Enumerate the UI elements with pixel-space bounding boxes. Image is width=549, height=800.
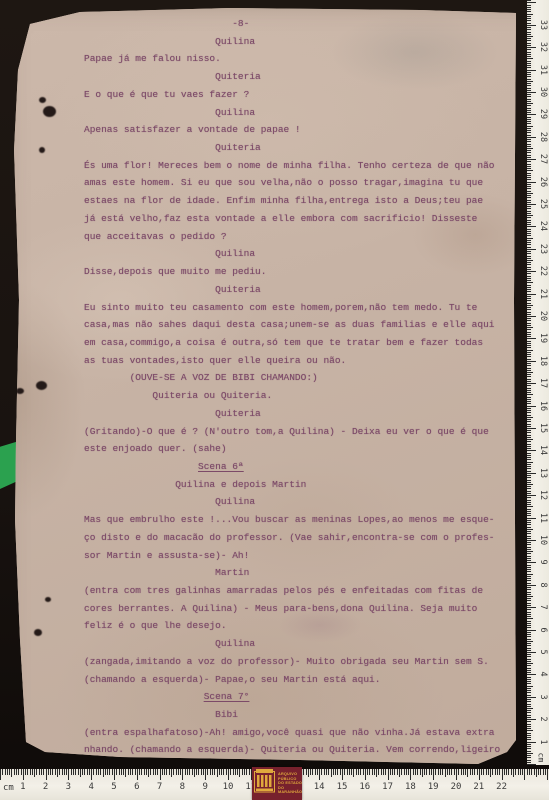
vertical-ruler-unit-label: cm — [536, 753, 545, 763]
script-line: já está velho,faz esta vontade a elle em… — [84, 210, 524, 228]
script-line: E o que é que tu vaes fazer ? — [84, 86, 524, 104]
script-line: (zangada,imitando a voz do professor)- M… — [84, 653, 524, 671]
script-line: nhando. (chamando a esquerda)- Quiteria … — [84, 741, 524, 759]
script-line: amas este homem. Si eu que sou velha,não… — [84, 174, 524, 192]
script-line: Eu sinto muito teu casamento com este ho… — [84, 299, 524, 317]
script-line: as tuas vontades,isto quer elle queira o… — [84, 352, 524, 370]
script-line: Disse,depois que muito me pediu. — [84, 263, 524, 281]
script-line: feliz é o que lhe desejo. — [84, 617, 524, 635]
script-line: (entra espalhafatoso)-Ah! amigo,você qua… — [84, 724, 524, 742]
script-line: Apenas satisfazer a vontade de papae ! — [84, 121, 524, 139]
ink-spot — [39, 97, 46, 103]
script-line: Quilina — [84, 104, 524, 122]
ink-spot — [16, 388, 24, 394]
horizontal-ruler-unit-label: cm — [3, 783, 14, 793]
script-line: Scena 6ª — [84, 458, 524, 476]
script-line: sor Martin e assusta-se)- Ah! — [84, 547, 524, 565]
paper-sheet: -8- QuilinaPapae já me falou nisso. Quit… — [0, 0, 549, 800]
script-line: Quilina — [84, 635, 524, 653]
script-line: Quiteria — [84, 281, 524, 299]
script-line: Quilina — [84, 245, 524, 263]
script-line: És uma flor! Mereces bem o nome de minha… — [84, 157, 524, 175]
script-line: Martin — [84, 564, 524, 582]
archive-stamp: ARQUIVOPÚBLICODO ESTADODO MARANHÃO — [252, 767, 302, 800]
scanned-document-page: -8- QuilinaPapae já me falou nisso. Quit… — [0, 0, 549, 800]
script-line: cores berrantes. A Quilina) - Meus para-… — [84, 600, 524, 618]
script-line: (entra com tres galinhas amarradas pelos… — [84, 582, 524, 600]
script-line: -8- — [84, 15, 524, 33]
ink-spot — [22, 10, 31, 16]
ink-spot — [43, 106, 56, 117]
ink-spot — [45, 597, 51, 602]
script-line: este enjoado quer. (sahe) — [84, 440, 524, 458]
script-line: casa,mas não sahes daqui desta casa;unem… — [84, 316, 524, 334]
script-line: Quiteria — [84, 405, 524, 423]
script-line: Papae já me falou nisso. — [84, 50, 524, 68]
script-line: Quilina — [84, 493, 524, 511]
script-line: Quiteria — [84, 139, 524, 157]
script-line: Quilina — [84, 33, 524, 51]
script-line: (Gritando)-O que é ? (N'outro tom,a Quil… — [84, 423, 524, 441]
script-line: Scena 7° — [84, 688, 524, 706]
script-line: Quiteria — [84, 68, 524, 86]
script-line: estaes na flor de idade. Enfim minha fil… — [84, 192, 524, 210]
script-line: Quiteria ou Quiteria. — [84, 387, 524, 405]
script-line: que acceitavas o pedido ? — [84, 228, 524, 246]
archive-building-icon — [254, 769, 275, 798]
archive-stamp-text: ARQUIVOPÚBLICODO ESTADODO MARANHÃO — [278, 772, 302, 795]
ink-spot — [39, 147, 45, 153]
typewritten-text: -8- QuilinaPapae já me falou nisso. Quit… — [84, 15, 524, 759]
script-line: ço disto e do macacão do professor. (Vae… — [84, 529, 524, 547]
script-line: (OUVE-SE A VOZ DE BIBI CHAMANDO:) — [84, 369, 524, 387]
script-line: Bibi — [84, 706, 524, 724]
script-line: Mas que embrulho este !...Vou buscar as … — [84, 511, 524, 529]
script-line: Quilina e depois Martin — [84, 476, 524, 494]
vertical-ruler: 1234567891011121314151617181920212223242… — [527, 0, 549, 765]
script-line: (chamando a esquerda)- Papae,o seu Marti… — [84, 671, 524, 689]
ink-spot — [36, 381, 47, 390]
ink-spot — [34, 629, 42, 636]
script-line: em casa,commigo,a coisa é outra,só tem q… — [84, 334, 524, 352]
